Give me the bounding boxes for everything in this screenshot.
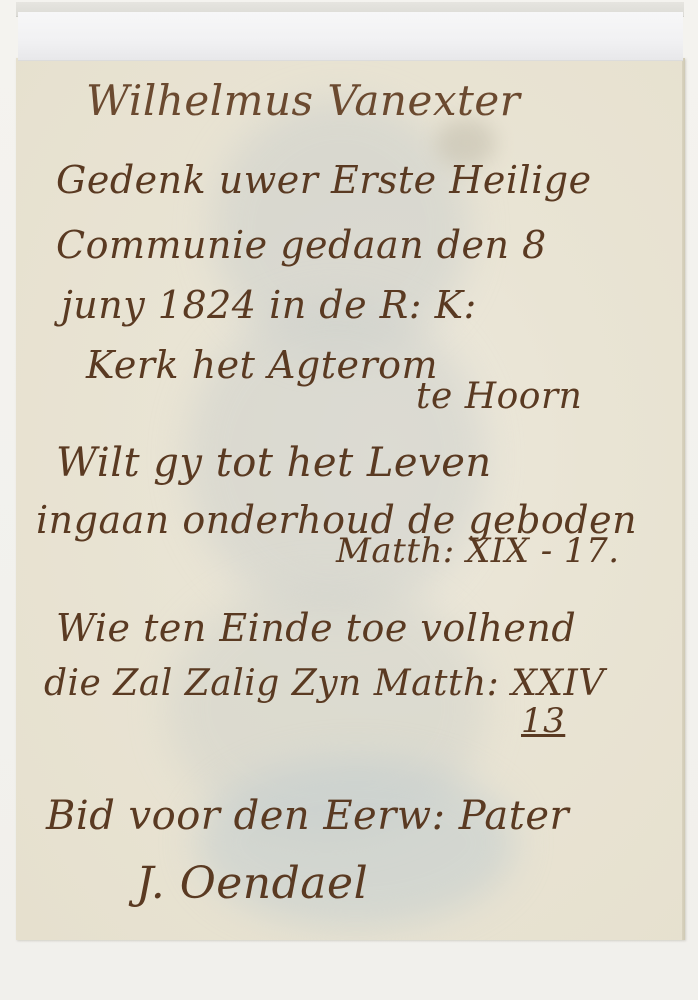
hinge-tape — [18, 12, 683, 61]
text-line: Bid voor den Eerw: Pater — [46, 793, 569, 839]
text-line: die Zal Zalig Zyn Matth: XXIV — [44, 663, 605, 704]
text-line: Communie gedaan den 8 — [56, 223, 547, 267]
signature: J. Oendael — [136, 858, 368, 909]
text-line: Gedenk uwer Erste Heilige — [56, 158, 592, 202]
text-line: te Hoorn — [416, 376, 582, 417]
card-edge — [682, 58, 685, 940]
scripture-verse-number: 13 — [521, 701, 565, 741]
name-heading: Wilhelmus Vanexter — [86, 76, 520, 125]
scripture-reference: Matth: XIX - 17. — [336, 531, 620, 571]
text-line: Kerk het Agterom — [86, 343, 438, 387]
text-line: Wilt gy tot het Leven — [56, 440, 492, 486]
text-line: juny 1824 in de R: K: — [61, 283, 477, 327]
communion-card: Wilhelmus Vanexter Gedenk uwer Erste Hei… — [16, 58, 685, 940]
text-line: Wie ten Einde toe volhend — [56, 606, 576, 650]
